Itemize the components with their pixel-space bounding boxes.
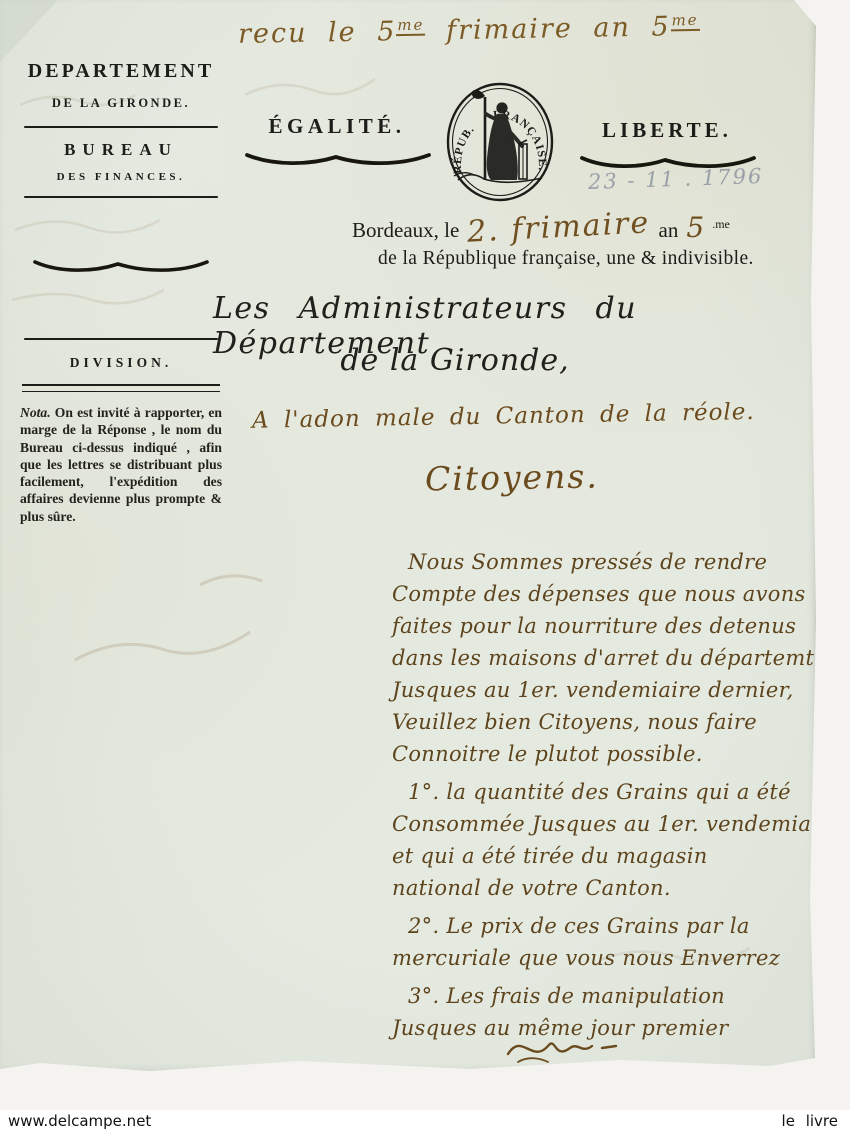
bureau-title: BUREAU: [18, 140, 224, 160]
paraph-flourish: [498, 1024, 648, 1072]
body-line: Compte des dépenses que nous avons: [392, 578, 804, 610]
brace-ornament: [32, 258, 210, 274]
letter-body: Nous Sommes pressés de rendre Compte des…: [392, 540, 804, 1044]
republic-seal: RÉPUB. FRANÇAISE.: [444, 80, 556, 204]
body-line: Jusques au 1er. vendemiaire dernier,: [392, 674, 804, 706]
division-label: DIVISION.: [18, 355, 224, 371]
dateline-written-year: 5: [686, 211, 704, 244]
scanned-letter: recu le 5me frimaire an 5me DEPARTEMENT …: [0, 0, 850, 1132]
pencil-date-annotation: 23 - 11 . 1796: [588, 164, 764, 194]
body-line: Veuillez bien Citoyens, nous faire: [392, 706, 804, 738]
nota-lead: Nota.: [20, 405, 51, 420]
divider-rule: [24, 196, 218, 198]
bureau-subtitle: DES FINANCES.: [18, 171, 224, 183]
nota-paragraph: Nota. On est invité à rapporter, en marg…: [18, 404, 224, 525]
dateline-row: Bordeaux, le 2. frimaire an 5 .me: [352, 210, 802, 245]
credit-bar: www.delcampe.net le livre: [0, 1110, 850, 1132]
dateline-written-day: 2. frimaire: [467, 205, 652, 250]
received-note: recu le 5me frimaire an 5me: [238, 9, 798, 50]
dateline: Bordeaux, le 2. frimaire an 5 .me de la …: [352, 210, 802, 270]
salutation: Citoyens.: [425, 456, 599, 498]
body-line: 3°. Les frais de manipulation: [392, 980, 804, 1012]
double-rule: [22, 384, 220, 392]
body-line: 2°. Le prix de ces Grains par la: [392, 910, 804, 942]
dateline-printed-an: an: [659, 218, 679, 243]
body-line: mercuriale que vous nous Enverrez: [392, 942, 804, 974]
department-title: DEPARTEMENT: [18, 60, 224, 83]
body-line: 1°. la quantité des Grains qui a été: [392, 776, 804, 808]
received-note-superscript: me: [670, 11, 699, 32]
received-note-text: frimaire an 5: [425, 11, 671, 46]
body-line: faites pour la nourriture des detenus: [392, 610, 804, 642]
body-line: et qui a été tirée du magasin: [392, 840, 804, 872]
received-note-superscript: me: [396, 16, 425, 37]
body-line: national de votre Canton.: [392, 872, 804, 904]
liberte-motto: LIBERTE.: [581, 118, 753, 143]
letterhead-left-column: DEPARTEMENT DE LA GIRONDE. BUREAU DES FI…: [18, 60, 224, 525]
dateline-printed-prefix: Bordeaux, le: [352, 218, 459, 243]
dateline-printed-suffix: .me: [712, 217, 730, 232]
paper-sheet: recu le 5me frimaire an 5me DEPARTEMENT …: [0, 0, 818, 1075]
address-line: A l'adon male du Canton de la réole.: [252, 398, 802, 434]
brace-ornament-wrap: [18, 258, 224, 274]
body-line: Consommée Jusques au 1er. vendemiaire,: [392, 808, 804, 840]
department-subtitle: DE LA GIRONDE.: [18, 96, 224, 111]
divider-rule: [24, 338, 218, 340]
dateline-line2: de la République française, une & indivi…: [378, 248, 802, 270]
received-note-text: recu le 5: [238, 16, 397, 50]
administrators-heading-line2: de la Gironde,: [300, 343, 610, 378]
body-line: Nous Sommes pressés de rendre: [392, 546, 804, 578]
credit-seller: le livre: [782, 1112, 850, 1130]
nota-text: On est invité à rapporter, en marge de l…: [20, 405, 222, 524]
divider-rule: [24, 126, 218, 128]
egalite-motto: ÉGALITÉ.: [246, 114, 428, 139]
body-line: dans les maisons d'arret du départemt.: [392, 642, 804, 674]
credit-site: www.delcampe.net: [0, 1112, 151, 1130]
body-line: Connoitre le plutot possible.: [392, 738, 804, 770]
folded-corner: [0, 0, 62, 66]
brace-ornament: [244, 151, 432, 167]
brace-ornament-wrap: [244, 151, 432, 172]
